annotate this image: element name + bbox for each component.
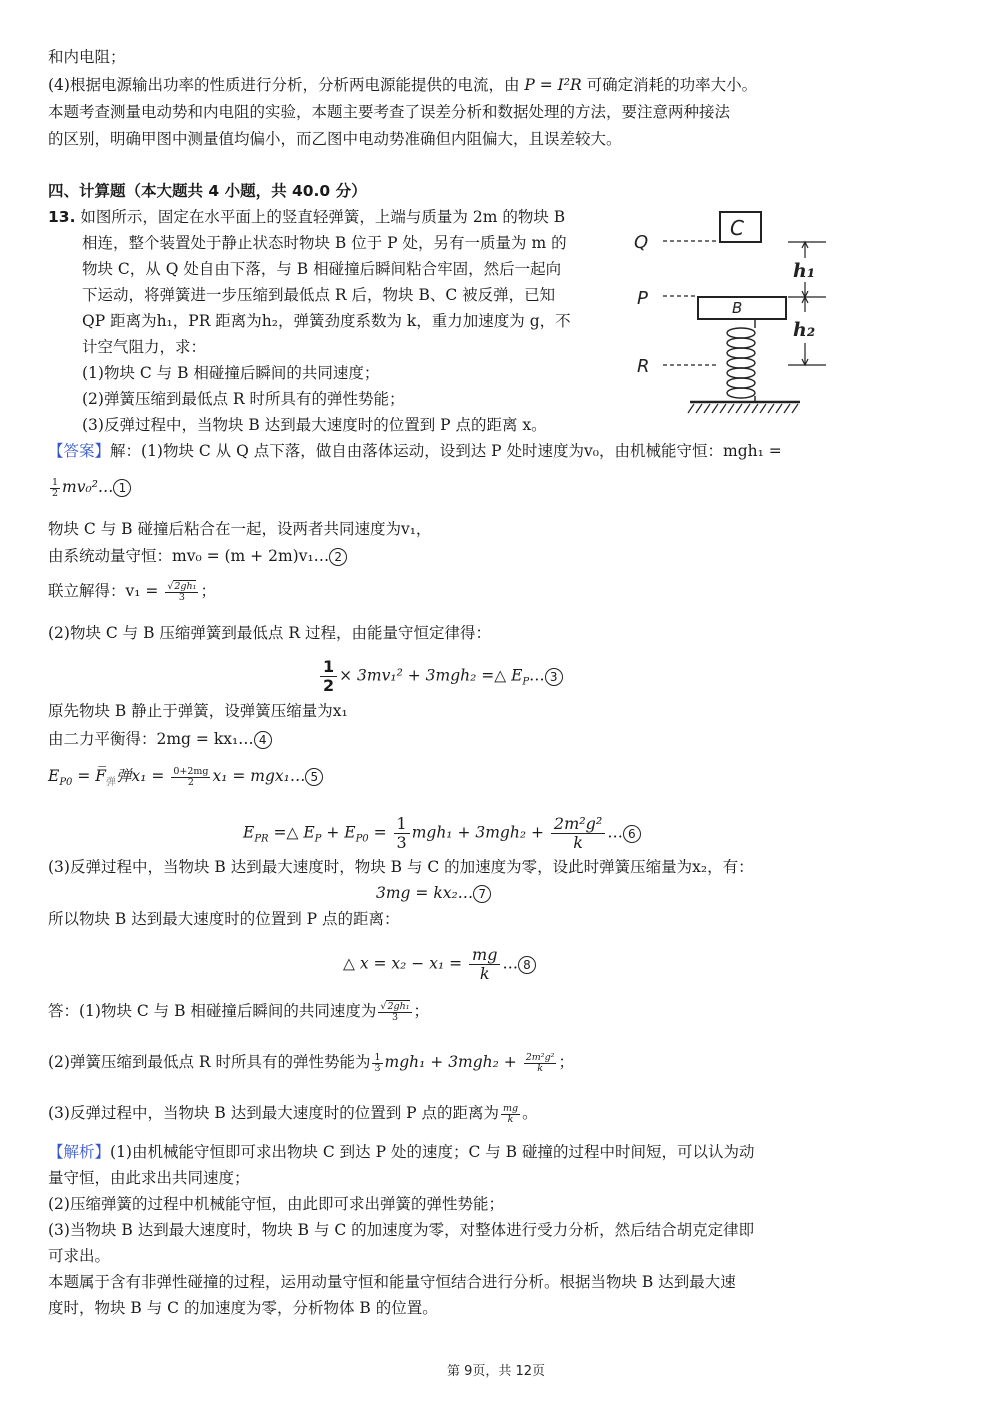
svg-text:h₂: h₂ (793, 319, 815, 341)
final-answer-line: (3)反弹过程中，当物块 B 达到最大速度时的位置到 P 点的距离为mgk。 (48, 1102, 538, 1124)
fraction: 0+2mg2 (171, 767, 210, 787)
analysis-line: 【解析】(1)由机械能守恒即可求出物块 C 到达 P 处的速度；C 与 B 碰撞… (48, 1141, 755, 1163)
final-answer-line: 答：(1)物块 C 与 B 相碰撞后瞬间的共同速度为√2gh₁3； (48, 1000, 429, 1022)
formula: 由系统动量守恒：mv₀ = (m + 2m)v₁… (48, 547, 329, 565)
answer-line: 12mv₀²…1 (48, 476, 131, 498)
page-number: 第 9页，共 12页 (0, 1360, 992, 1379)
eq-number-7: 7 (473, 885, 491, 903)
answer-line: 所以物块 B 达到最大速度时的位置到 P 点的距离： (48, 908, 400, 930)
text-segment: (4)根据电源输出功率的性质进行分析，分析两电源能提供的电流，由 (48, 76, 519, 94)
question-part: (1)物块 C 与 B 相碰撞后瞬间的共同速度； (82, 362, 379, 384)
answer-text: 解：(1)物块 C 从 Q 点下落，做自由落体运动，设到达 P 处时速度为v₀，… (110, 442, 782, 460)
answer-line: (2)物块 C 与 B 压缩弹簧到最低点 R 过程，由能量守恒定律得： (48, 622, 491, 644)
analysis-line: (2)压缩弹簧的过程中机械能守恒，由此即可求出弹簧的弹性势能； (48, 1193, 504, 1215)
answer-line: 原先物块 B 静止于弹簧，设弹簧压缩量为x₁ (48, 700, 348, 722)
svg-text:C: C (730, 216, 744, 240)
answer-line: 由二力平衡得：2mg = kx₁…4 (48, 728, 272, 750)
answer-line: (3)反弹过程中，当物块 B 达到最大速度时，物块 B 与 C 的加速度为零，设… (48, 856, 754, 878)
question-line: 计空气阻力，求： (82, 336, 206, 358)
equation-8: △ x = x₂ − x₁ = mgk…8 (343, 946, 536, 983)
question-line: 下运动，将弹簧进一步压缩到最低点 R 后，物块 B、C 被反弹，已知 (82, 284, 555, 306)
analysis-line: 量守恒，由此求出共同速度； (48, 1167, 250, 1189)
svg-text:Q: Q (634, 232, 648, 253)
fraction: 12 (50, 478, 60, 498)
equation-3: 12× 3mv₁² + 3mgh₂ =△ EP…3 (318, 658, 563, 695)
final-answer-line: (2)弹簧压缩到最低点 R 时所具有的弹性势能为13mgh₁ + 3mgh₂ +… (48, 1051, 574, 1073)
question-line: 13. 如图所示，固定在水平面上的竖直轻弹簧，上端与质量为 2m 的物块 B (48, 206, 565, 228)
section-title: 四、计算题（本大题共 4 小题，共 40.0 分） (48, 180, 367, 202)
fraction: 13 (394, 815, 410, 852)
svg-text:h₁: h₁ (793, 260, 815, 282)
answer-line: 物块 C 与 B 碰撞后粘合在一起，设两者共同速度为v₁， (48, 518, 431, 540)
spring-block-figure: C Q P B R h₁ h₂ (628, 200, 838, 420)
fraction: 13 (372, 1053, 382, 1073)
analysis-tag: 【解析】 (48, 1143, 110, 1161)
fraction: 2m²g²k (551, 815, 605, 852)
text-line: 的区别，明确甲图中测量值均偏小，而乙图中电动势准确但内阻偏大，且误差较大。 (48, 128, 622, 150)
svg-text:R: R (637, 356, 650, 377)
eq-number-2: 2 (329, 548, 347, 566)
fraction: 2m²g²k (524, 1053, 557, 1073)
eq-number-4: 4 (254, 731, 272, 749)
answer-line: 【答案】解：(1)物块 C 从 Q 点下落，做自由落体运动，设到达 P 处时速度… (48, 440, 782, 462)
text-line: 和内电阻； (48, 46, 126, 68)
question-line: 物块 C，从 Q 处自由下落，与 B 相碰撞后瞬间粘合牢固，然后一起向 (82, 258, 561, 280)
question-number: 13. (48, 208, 75, 226)
question-line: 相连，整个装置处于静止状态时物块 B 位于 P 处，另有一质量为 m 的 (82, 232, 567, 254)
question-part: (3)反弹过程中，当物块 B 达到最大速度时的位置到 P 点的距离 x。 (82, 414, 547, 436)
equation-6: EPR =△ EP + EP0 = 13mgh₁ + 3mgh₂ + 2m²g²… (243, 815, 641, 852)
text-segment: 可确定消耗的功率大小。 (587, 76, 758, 94)
question-part: (2)弹簧压缩到最低点 R 时所具有的弹性势能； (82, 388, 404, 410)
formula: 联立解得：v₁ = (48, 582, 158, 600)
formula: P = I²R (524, 76, 581, 94)
fraction: √2gh₁3 (165, 582, 198, 602)
text-line: (4)根据电源输出功率的性质进行分析，分析两电源能提供的电流，由 P = I²R… (48, 74, 757, 96)
equation-5: EP0 = F̅弹弹x₁ = 0+2mg2x₁ = mgx₁…5 (48, 765, 323, 787)
analysis-line: 本题属于含有非弹性碰撞的过程，运用动量守恒和能量守恒结合进行分析。根据当物块 B… (48, 1271, 736, 1293)
fraction: mgk (469, 946, 500, 983)
svg-text:P: P (637, 288, 648, 309)
text-line: 本题考查测量电动势和内电阻的实验，本题主要考查了误差分析和数据处理的方法，要注意… (48, 101, 730, 123)
eq-number-1: 1 (113, 479, 131, 497)
analysis-line: (3)当物块 B 达到最大速度时，物块 B 与 C 的加速度为零，对整体进行受力… (48, 1219, 754, 1241)
fraction: √2gh₁3 (378, 1002, 411, 1022)
answer-tag: 【答案】 (48, 442, 110, 460)
analysis-line: 度时，物块 B 与 C 的加速度为零，分析物体 B 的位置。 (48, 1297, 438, 1319)
eq-number-3: 3 (545, 668, 563, 686)
fraction: 12 (320, 658, 337, 695)
analysis-line: 可求出。 (48, 1245, 110, 1267)
question-text: 如图所示，固定在水平面上的竖直轻弹簧，上端与质量为 2m 的物块 B (80, 208, 565, 226)
equation-7: 3mg = kx₂…7 (376, 882, 491, 904)
fraction: mgk (501, 1104, 520, 1124)
spring-diagram-icon: C Q P B R h₁ h₂ (628, 200, 838, 420)
answer-line: 联立解得：v₁ = √2gh₁3； (48, 580, 216, 602)
eq-number-5: 5 (305, 768, 323, 786)
formula: mv₀²… (62, 478, 113, 496)
question-line: QP 距离为h₁，PR 距离为h₂，弹簧劲度系数为 k，重力加速度为 g，不 (82, 310, 571, 332)
eq-number-8: 8 (518, 956, 536, 974)
answer-line: 由系统动量守恒：mv₀ = (m + 2m)v₁…2 (48, 545, 347, 567)
svg-text:B: B (732, 299, 742, 317)
eq-number-6: 6 (623, 825, 641, 843)
